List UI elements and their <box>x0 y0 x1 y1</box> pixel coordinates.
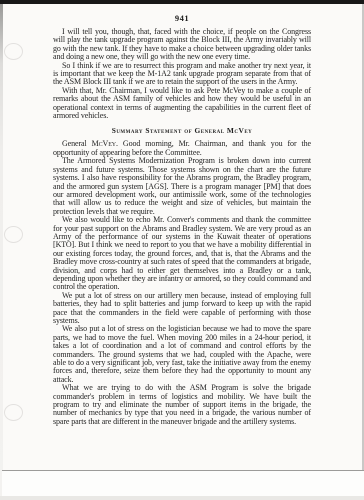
paragraph-statement-4: We also put a lot of stress on the logis… <box>53 325 311 384</box>
paragraph-intro-3: With that, Mr. Chairman, I would like to… <box>53 87 311 121</box>
paragraph-intro-2: So I think if we are to resurrect this p… <box>53 62 311 87</box>
hole-punch-middle <box>4 226 23 243</box>
page-number: 941 <box>0 13 364 23</box>
scanned-page: 941 I will tell you, though, that, faced… <box>0 0 364 500</box>
scan-edge-top <box>0 0 364 4</box>
scan-edge-left <box>0 4 3 500</box>
section-heading: Summary Statement of General McVey <box>53 126 311 135</box>
paragraph-statement-3: We put a lot of stress on our artillery … <box>53 292 311 326</box>
paragraph-intro-1: I will tell you, though, that, faced wit… <box>53 28 311 62</box>
text-column: I will tell you, though, that, faced wit… <box>53 28 311 426</box>
paragraph-statement-5: What we are trying to do with the ASM Pr… <box>53 384 311 426</box>
scan-edge-bottom <box>0 496 364 500</box>
hole-punch-bottom <box>4 404 23 421</box>
hole-punch-top <box>4 43 23 60</box>
paragraph-statement-1: The Armored Systems Modernization Progra… <box>53 157 311 216</box>
paragraph-statement-2: We also would like to echo Mr. Conver's … <box>53 216 311 292</box>
paragraph-speaker: General McVey. Good morning, Mr. Chairma… <box>53 140 311 157</box>
